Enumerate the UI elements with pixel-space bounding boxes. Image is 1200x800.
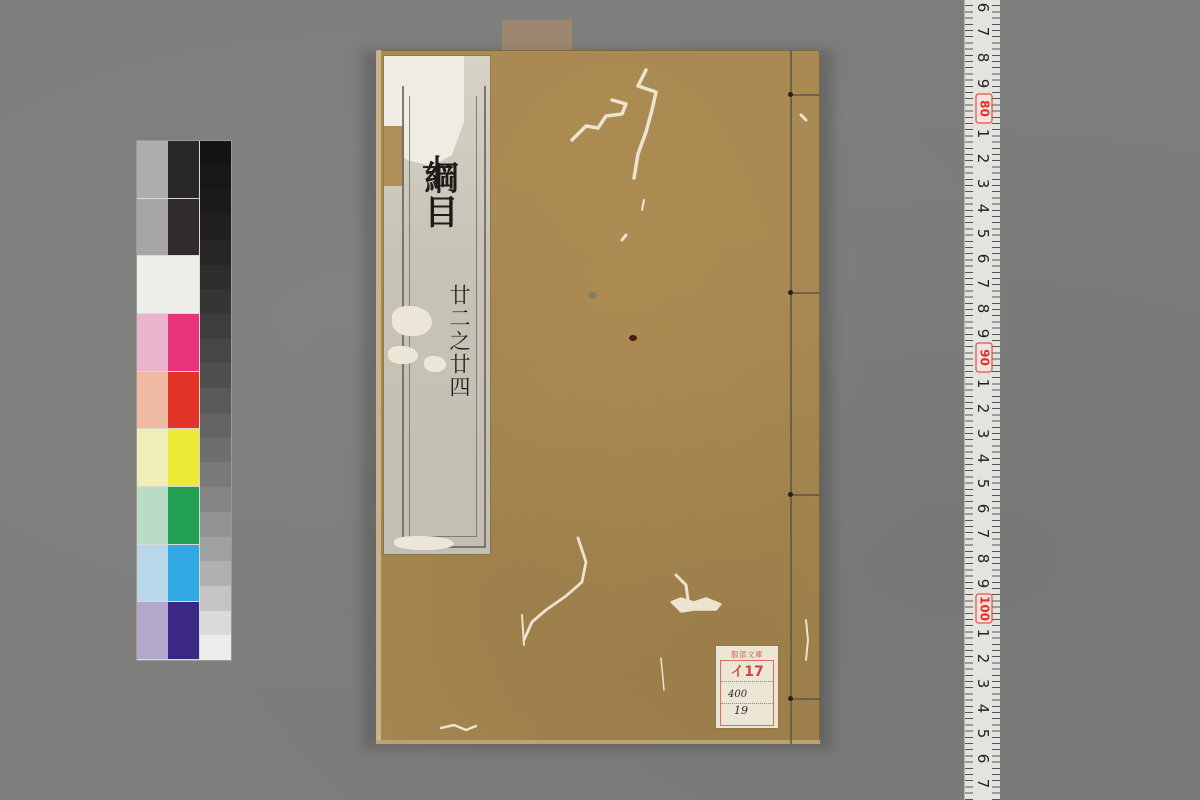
library-label: 服部文庫 イ17 400 19 [716, 646, 778, 728]
ruler-mark: 4 [975, 199, 990, 218]
color-patch [137, 545, 168, 602]
ruler-mark: 80 [976, 94, 993, 124]
ruler-mark: 8 [975, 549, 990, 568]
gray-step [200, 635, 231, 660]
gray-step [200, 215, 231, 240]
color-patch [137, 314, 168, 371]
ruler-mark: 8 [975, 48, 990, 67]
ruler-mark: 6 [975, 249, 990, 268]
gray-step [200, 363, 231, 388]
gray-step [200, 388, 231, 413]
handwritten-number: 400 [728, 689, 747, 700]
ruler-mark: 7 [975, 274, 990, 293]
gray-step [200, 487, 231, 512]
title-slip: 十 綱目 廿二之廿四 [384, 56, 490, 554]
ruler-mark: 9 [975, 74, 990, 93]
gray-step [200, 314, 231, 339]
color-patch [137, 429, 168, 486]
color-patch [137, 602, 168, 659]
gray-step [200, 190, 231, 215]
paper-damage [392, 306, 432, 336]
ruler-mark: 3 [975, 424, 990, 443]
ruler-mark: 9 [975, 324, 990, 343]
ruler-mark: 4 [975, 699, 990, 718]
ruler-mark: 90 [976, 343, 993, 373]
ruler-mark: 8 [975, 299, 990, 318]
color-patch [168, 545, 199, 602]
gray-step [200, 512, 231, 537]
gray-step [200, 141, 231, 166]
measuring-ruler: 678980123456789901234567891001234567 [965, 0, 1000, 800]
paper-damage [394, 536, 454, 550]
ruler-mark: 4 [975, 449, 990, 468]
volume-number: 廿二之廿四 [442, 284, 472, 399]
gray-step [200, 537, 231, 562]
color-calibration-chart [137, 141, 231, 660]
ruler-mark: 5 [975, 224, 990, 243]
color-patch [168, 141, 199, 198]
handwritten-number: 19 [734, 704, 748, 717]
gray-step [200, 166, 231, 191]
ruler-mark: 100 [976, 594, 993, 624]
ruler-mark: 6 [975, 499, 990, 518]
paper-damage [388, 346, 418, 364]
color-patch [137, 199, 168, 256]
book-title: 綱目 [410, 160, 460, 228]
gray-step [200, 611, 231, 636]
label-divider [721, 681, 773, 682]
color-patch [168, 429, 199, 486]
ruler-mark: 2 [975, 649, 990, 668]
ruler-mark: 9 [975, 574, 990, 593]
gray-step [200, 289, 231, 314]
gray-step [200, 561, 231, 586]
ruler-mark: 1 [975, 374, 990, 393]
color-patch [168, 372, 199, 429]
gray-step [200, 265, 231, 290]
call-number: イ17 [716, 661, 778, 681]
ruler-mark: 5 [975, 724, 990, 743]
ruler-mark: 7 [975, 22, 990, 41]
torn-paper [384, 126, 404, 186]
gray-step [200, 339, 231, 364]
paper-tab [502, 20, 572, 52]
color-patch [168, 199, 199, 256]
ruler-mark: 1 [975, 624, 990, 643]
ruler-mark: 7 [975, 524, 990, 543]
gray-step [200, 586, 231, 611]
color-patch [168, 314, 199, 371]
ruler-mark: 2 [975, 149, 990, 168]
gray-step [200, 462, 231, 487]
gray-step [200, 413, 231, 438]
ruler-mark: 2 [975, 399, 990, 418]
ruler-mark: 7 [975, 774, 990, 793]
color-patch [137, 141, 168, 198]
grayscale-strip [200, 141, 231, 660]
gray-step [200, 438, 231, 463]
color-patch [168, 602, 199, 659]
ruler-mark: 1 [975, 124, 990, 143]
library-name: 服部文庫 [716, 649, 778, 660]
color-patch [137, 487, 168, 544]
ruler-mark: 3 [975, 174, 990, 193]
color-patch [168, 487, 199, 544]
ruler-mark: 5 [975, 474, 990, 493]
ruler-mark: 3 [975, 674, 990, 693]
gray-step [200, 240, 231, 265]
ruler-mark: 6 [975, 749, 990, 768]
color-patch [137, 372, 168, 429]
ruler-mark: 6 [975, 0, 990, 17]
color-patch [137, 256, 199, 313]
